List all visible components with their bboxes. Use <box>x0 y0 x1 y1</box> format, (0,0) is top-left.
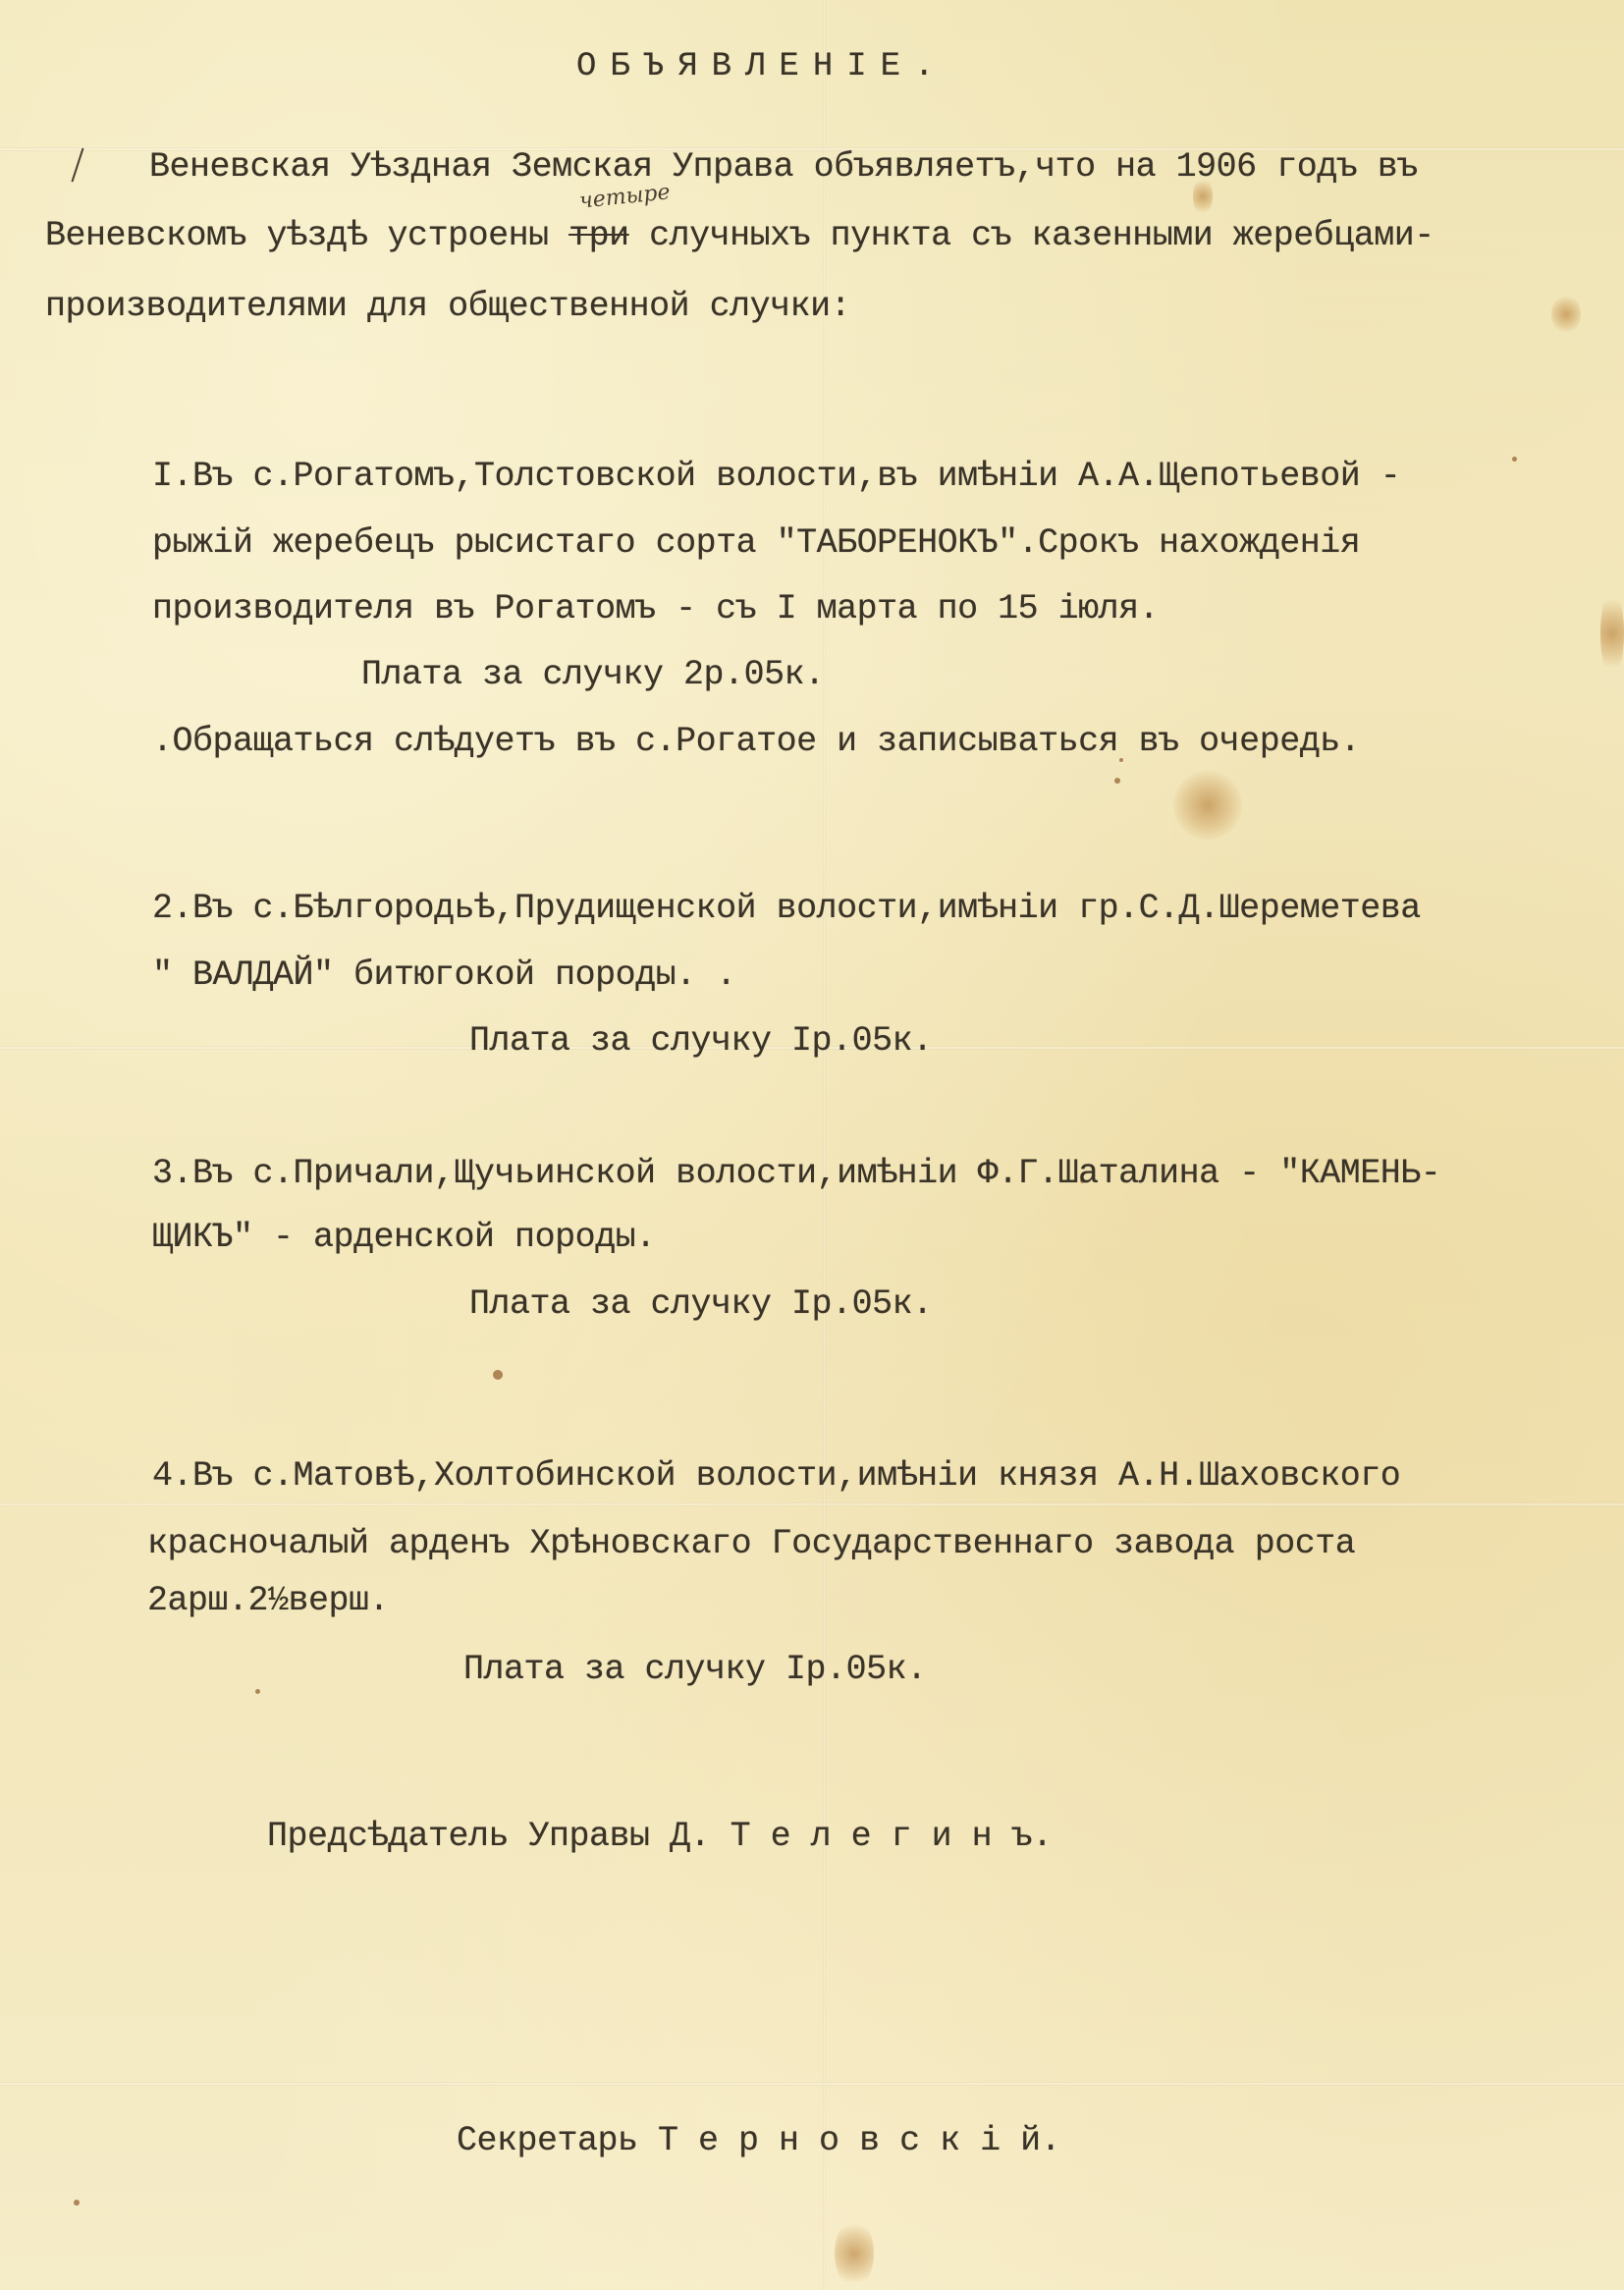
item-3-fee: Плата за случку Iр.05к. <box>469 1284 933 1324</box>
vertical-fold-crease <box>823 0 826 2290</box>
speck <box>493 1370 503 1380</box>
item-4-line-3: 2арш.2½верш. <box>147 1581 389 1620</box>
item-1-line-2: рыжій жеребецъ рысистаго сорта "ТАБОРЕНО… <box>152 523 1360 563</box>
item-4-line-1: 4.Въ с.Матовѣ,Холтобинской волости,имѣні… <box>152 1456 1400 1496</box>
item-4-fee: Плата за случку Iр.05к. <box>463 1650 927 1689</box>
speck <box>255 1689 260 1694</box>
item-1-note: .Обращаться слѣдуетъ въ с.Рогатое и запи… <box>152 722 1360 761</box>
item-2-line-2: " ВАЛДАЙ" битюгокой породы. . <box>152 955 736 995</box>
stain <box>1600 589 1624 678</box>
page-title: ОБЪЯВЛЕНІЕ. <box>576 47 947 86</box>
item-1-line-1: I.Въ с.Рогатомъ,Толстовской волости,въ и… <box>152 457 1400 496</box>
stain <box>835 2219 874 2288</box>
speck <box>1512 457 1517 462</box>
speck <box>1114 778 1120 784</box>
secretary-signature: Секретарь Т е р н о в с к і й. <box>457 2121 1060 2160</box>
intro-line-1: Веневская Уѣздная Земская Управа объявля… <box>149 147 1418 187</box>
item-1-line-3: производителя въ Рогатомъ - съ I марта п… <box>152 589 1159 628</box>
horizontal-fold-crease <box>0 1502 1624 1506</box>
intro-line-2: Веневскомъ уѣздѣ устроены три случныхъ п… <box>45 216 1435 255</box>
speck <box>74 2200 80 2206</box>
item-2-fee: Плата за случку Iр.05к. <box>469 1021 933 1061</box>
intro-line-2-before: Веневскомъ уѣздѣ устроены <box>45 216 568 255</box>
paper-background <box>0 0 1624 2290</box>
horizontal-fold-crease <box>0 2082 1624 2086</box>
intro-line-3: производителями для общественной случки: <box>45 287 850 326</box>
stain <box>1551 295 1581 334</box>
item-1-fee: Плата за случку 2р.05к. <box>361 655 825 694</box>
struck-word: три <box>568 216 629 255</box>
item-2-line-1: 2.Въ с.Бѣлгородьѣ,Прудищенской волости,и… <box>152 889 1421 928</box>
stain <box>1173 771 1242 840</box>
item-4-line-2: красночалый арденъ Хрѣновскаго Государст… <box>147 1524 1355 1563</box>
item-3-line-2: ЩИКЪ" - арденской породы. <box>152 1218 656 1257</box>
item-3-line-1: 3.Въ с.Причали,Щучьинской волости,имѣніи… <box>152 1154 1440 1193</box>
chairman-signature: Предсѣдатель Управы Д. Т е л е г и н ъ. <box>267 1817 1053 1856</box>
intro-line-2-after: случныхъ пункта съ казенными жеребцами- <box>629 216 1435 255</box>
